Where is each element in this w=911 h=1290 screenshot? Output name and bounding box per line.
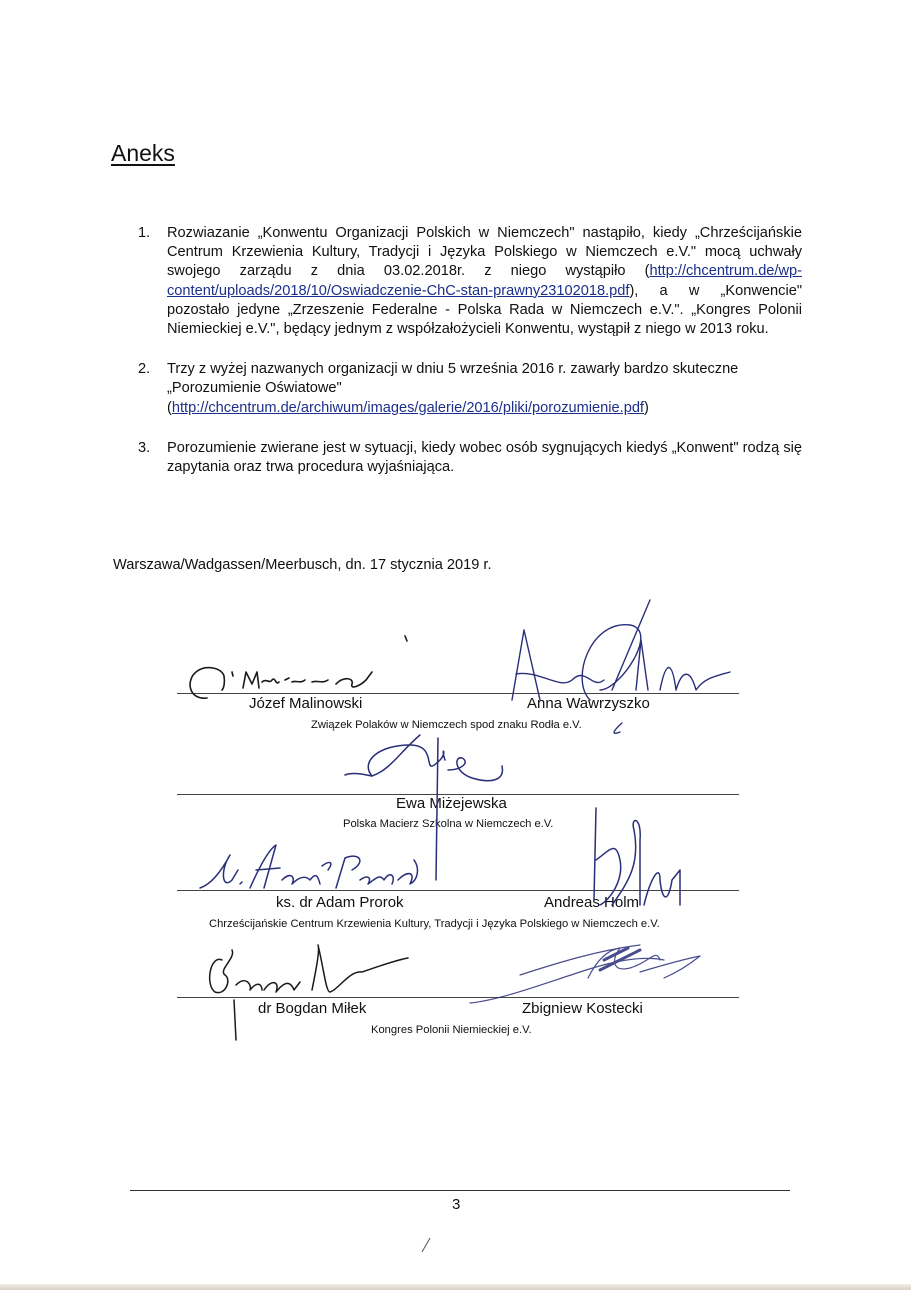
item-text: Porozumienie zwierane jest w sytuacji, k… [167,440,802,475]
handwritten-signatures [0,0,911,1290]
signature-kostecki-icon [470,945,700,1003]
signatory-name: Andreas Holm [544,894,639,911]
page-number: 3 [452,1196,460,1213]
signatory-name: dr Bogdan Miłek [258,1000,366,1017]
annex-list: 1. Rozwiazanie „Konwentu Organizacji Pol… [138,224,802,498]
signatory-name: Zbigniew Kostecki [522,1000,643,1017]
list-item-3: 3. Porozumienie zwierane jest w sytuacji… [138,439,802,477]
signature-wawrzyszko-icon [512,600,730,733]
scan-edge [0,1284,911,1290]
item-number: 3. [138,439,150,458]
signature-prorok-icon [200,845,417,888]
signatory-name: Anna Wawrzyszko [527,695,650,712]
signatory-name: ks. dr Adam Prorok [276,894,404,911]
document-title: Aneks [111,140,175,167]
footer-divider [130,1190,790,1191]
organization-name: Polska Macierz Szkolna w Niemczech e.V. [343,818,553,830]
porozumienie-link[interactable]: http://chcentrum.de/archiwum/images/gale… [172,400,644,416]
signature-malinowski-icon [190,636,407,698]
signature-line [177,693,739,694]
list-item-1: 1. Rozwiazanie „Konwentu Organizacji Pol… [138,224,802,339]
organization-name: Związek Polaków w Niemczech spod znaku R… [311,719,582,731]
item-number: 2. [138,360,150,379]
place-date: Warszawa/Wadgassen/Meerbusch, dn. 17 sty… [113,557,492,573]
organization-name: Chrześcijańskie Centrum Krzewienia Kultu… [209,918,660,930]
item-text-continued: ) [644,400,649,416]
organization-name: Kongres Polonii Niemieckiej e.V. [371,1024,532,1036]
item-number: 1. [138,224,150,243]
pencil-mark-icon [420,1236,432,1254]
signature-line [177,997,739,998]
list-item-2: 2. Trzy z wyżej nazwanych organizacji w … [138,360,802,418]
signature-line [177,890,739,891]
signatory-name: Józef Malinowski [249,695,362,712]
signatory-name: Ewa Miżejewska [396,795,507,812]
